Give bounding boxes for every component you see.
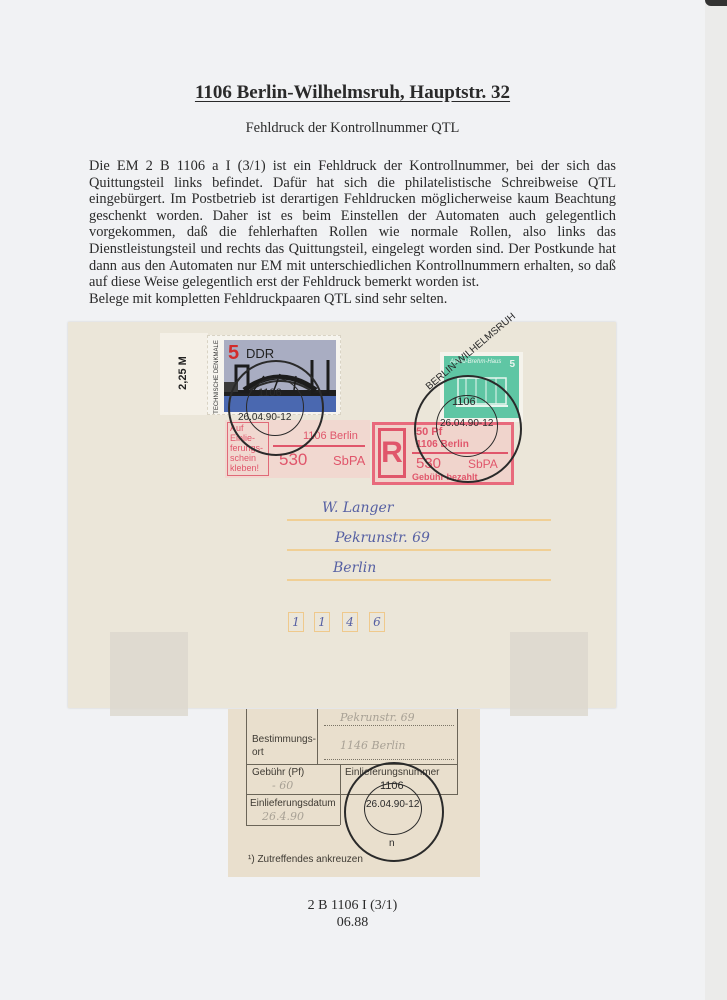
description: Die EM 2 B 1106 a I (3/1) ist ein Fehldr… (89, 158, 616, 307)
receipt-fee-label: Gebühr (Pf) (252, 767, 304, 778)
postmark-left-date: 26.04.90-12 (238, 412, 291, 423)
receipt-date-hand: 26.4.90 (262, 810, 304, 823)
page-title: 1106 Berlin-Wilhelmsruh, Hauptstr. 32 (0, 82, 705, 104)
receipt-postmark-date: 26.04.90-12 (366, 799, 419, 810)
receipt-footnote: ¹) Zutreffendes ankreuzen (248, 854, 363, 865)
receipt-postmark-number: 1106 (380, 780, 404, 792)
stamp-country: DDR (246, 346, 274, 361)
description-note: Belege mit kompletten Fehldruckpaaren QT… (89, 291, 616, 308)
caption-line-2: 06.88 (0, 915, 705, 931)
address-line-1 (287, 519, 551, 521)
page-title-text: 1106 Berlin-Wilhelmsruh, Hauptstr. 32 (195, 82, 510, 103)
zip-digit-4: 6 (369, 612, 385, 632)
description-paragraph: Die EM 2 B 1106 a I (3/1) ist ein Fehldr… (89, 158, 616, 291)
page-corner (705, 0, 727, 6)
receipt-postmark-letter: n (389, 838, 395, 849)
mount-corner-right (510, 632, 588, 716)
address-line-3 (287, 579, 551, 581)
zip-digit-3: 4 (342, 612, 358, 632)
page-subtitle: Fehldruck der Kontrollnummer QTL (0, 120, 705, 137)
stamp-value: 5 (228, 342, 239, 365)
zip-digit-2: 1 (314, 612, 330, 632)
label-suffix: SbPA (333, 453, 365, 468)
stamp-side-text: TECHNISCHE DENKMALE (210, 342, 224, 412)
receipt-fee-hand: - 60 (272, 779, 293, 792)
sheet-margin-label: 2,25 M (165, 348, 201, 398)
address-line-2 (287, 549, 551, 551)
address-street: Pekrunstr. 69 (335, 530, 430, 546)
postmark-left-number: 1106 (258, 387, 282, 399)
receipt-destination-hand: 1146 Berlin (340, 739, 405, 752)
address-city: Berlin (333, 560, 376, 576)
sheet-margin-text: 2,25 M (177, 356, 189, 390)
postmark-right-number: 1106 (452, 396, 476, 408)
mount-corner-left (110, 632, 188, 716)
address-name: W. Langer (322, 500, 393, 516)
stamp-value: 5 (509, 359, 515, 370)
zip-digit-1: 1 (288, 612, 304, 632)
receipt-street-hand: Pekrunstr. 69 (340, 711, 415, 724)
receipt-date-label: Einlieferungsdatum (250, 798, 336, 809)
page-edge (705, 0, 727, 1000)
postmark-right-date: 26.04.90-12 (440, 418, 493, 429)
r-letter-box: R (378, 428, 406, 478)
receipt-destination-label: Bestimmungs- ort (252, 733, 316, 759)
caption-line-1: 2 B 1106 I (3/1) (0, 898, 705, 914)
